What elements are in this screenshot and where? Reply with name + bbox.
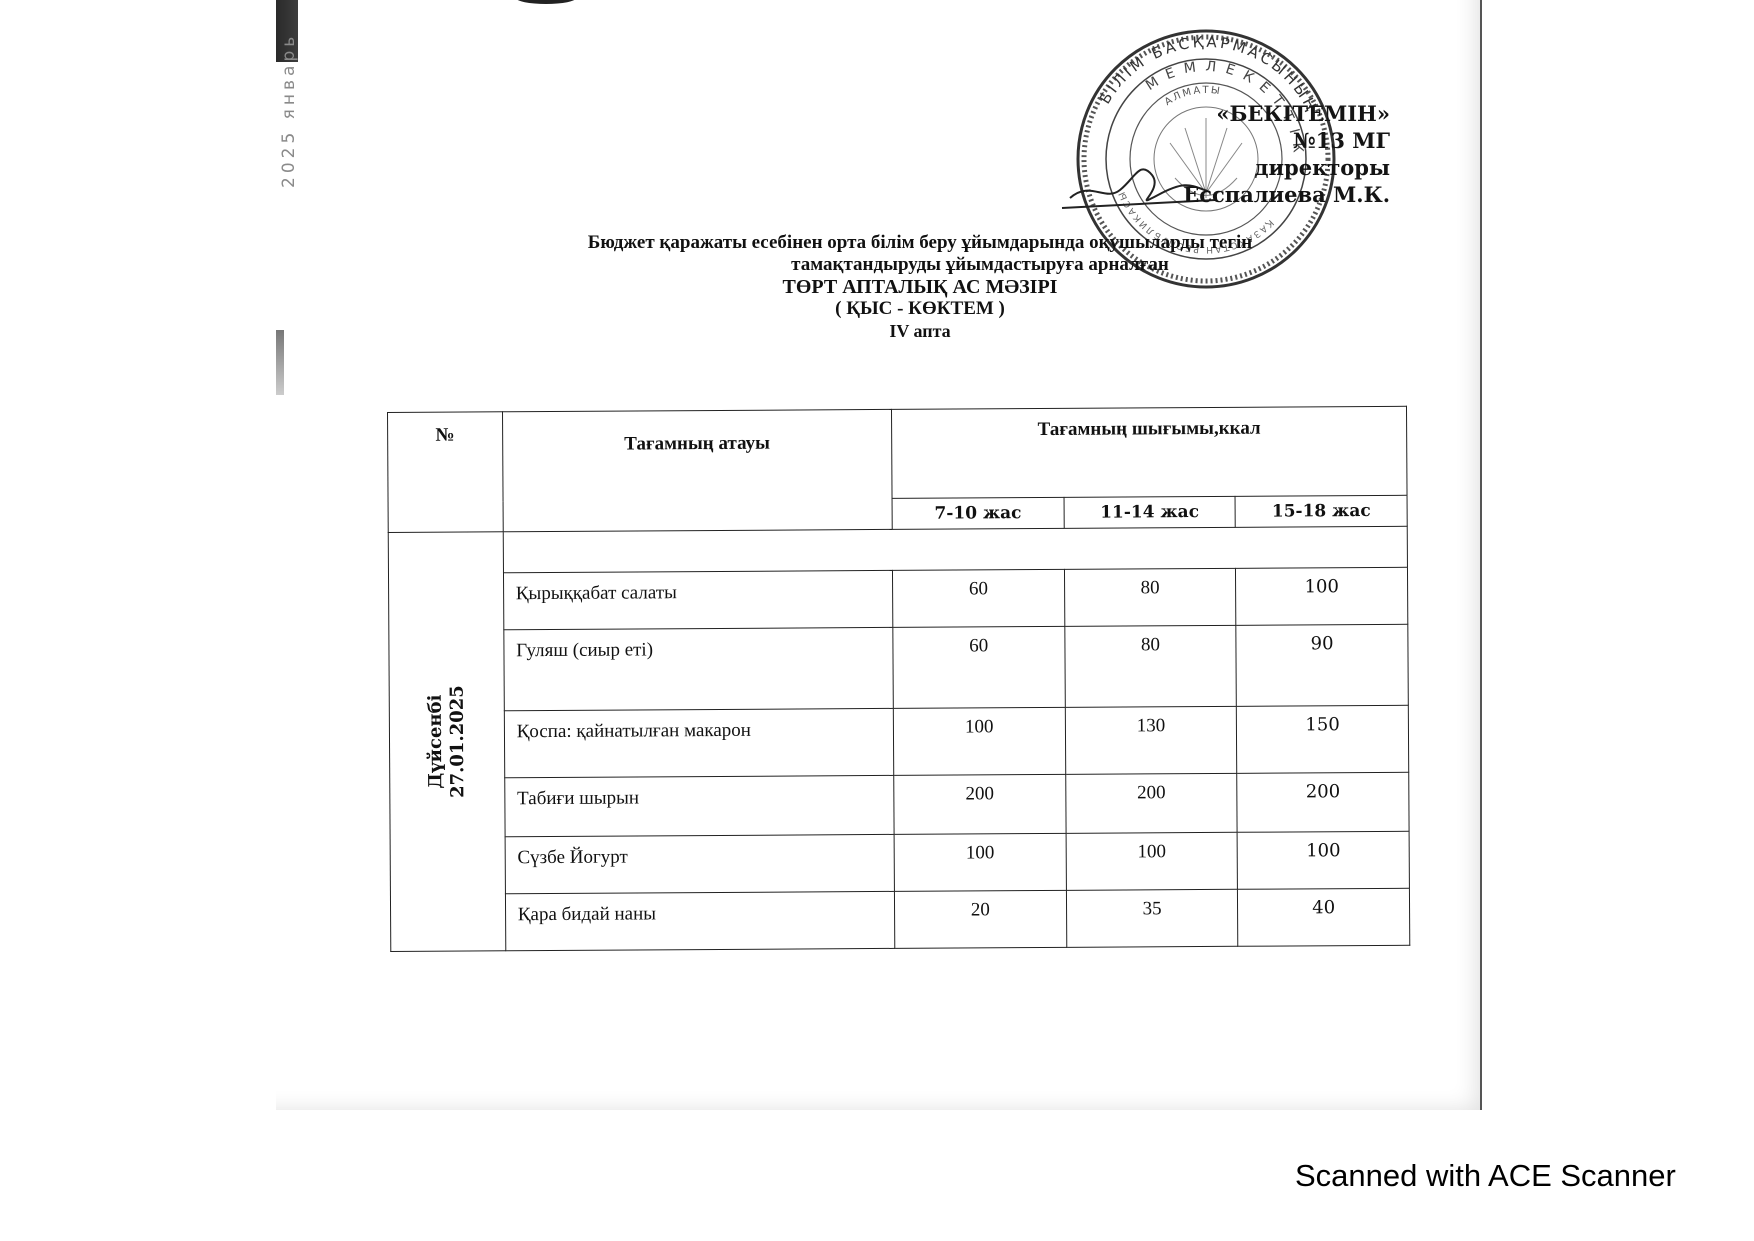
day-date: 27.01.2025 (447, 685, 470, 798)
header-age-7-10: 7-10 жас (892, 497, 1064, 529)
yield-7-10: 100 (893, 707, 1065, 775)
yield-11-14: 130 (1065, 706, 1237, 774)
yield-7-10: 20 (894, 890, 1066, 948)
dish-name: Сүзбе Йогурт (505, 834, 895, 893)
handwritten-note: 2025 январь (278, 68, 300, 188)
yield-11-14: 35 (1066, 889, 1238, 947)
table-row: Сүзбе Йогурт 100 100 100 (390, 831, 1409, 894)
table-row: Табиғи шырын 200 200 200 (390, 772, 1409, 837)
yield-7-10: 200 (894, 774, 1066, 834)
yield-15-18: 90 (1236, 624, 1408, 706)
dish-name: Қоспа: қайнатылған макарон (504, 708, 894, 777)
approval-name: Есспалиева М.К. (1160, 181, 1390, 208)
yield-11-14: 200 (1065, 773, 1237, 833)
yield-11-14: 80 (1064, 625, 1236, 707)
approval-block: «БЕКІТЕМІН» №13 МГ директоры Есспалиева … (1160, 100, 1390, 208)
table-row: Қара бидай наны 20 35 40 (390, 888, 1409, 951)
day-cell: Дүйсенбі 27.01.2025 (388, 532, 505, 952)
title-line-1: Бюджет қаражаты есебінен орта білім беру… (480, 232, 1360, 254)
header-dish-name: Тағамның атауы (502, 409, 892, 531)
header-age-11-14: 11-14 жас (1064, 496, 1236, 528)
table-row: Қоспа: қайнатылған макарон 100 130 150 (389, 705, 1408, 778)
title-line-2: тамақтандыруды ұйымдастыруға арналған (480, 254, 1360, 276)
header-yield: Тағамның шығымы,ккал (891, 406, 1407, 498)
title-season: ( ҚЫС - КӨКТЕМ ) (480, 298, 1360, 320)
dish-name: Қырыққабат салаты (503, 570, 893, 629)
approval-position: №13 МГ директоры (1160, 127, 1390, 181)
yield-11-14: 100 (1066, 832, 1238, 890)
header-number: № (388, 412, 503, 533)
yield-15-18: 100 (1236, 567, 1408, 625)
blank-meal-row (503, 526, 1407, 573)
yield-7-10: 60 (892, 569, 1064, 627)
title-week: IV апта (480, 320, 1360, 342)
table-row: Гуляш (сиыр еті) 60 80 90 (389, 624, 1408, 711)
scan-edge-shadow-lower (276, 330, 284, 395)
document-title-block: Бюджет қаражаты есебінен орта білім беру… (480, 232, 1360, 342)
menu-table: № Тағамның атауы Тағамның шығымы,ккал 7-… (387, 406, 1410, 952)
yield-7-10: 60 (893, 626, 1065, 708)
dish-name: Гуляш (сиыр еті) (504, 627, 894, 710)
day-weekday: Дүйсенбі (425, 685, 448, 798)
scanner-watermark: Scanned with ACE Scanner (1295, 1158, 1676, 1194)
yield-15-18: 150 (1237, 705, 1409, 773)
yield-15-18: 100 (1237, 831, 1409, 889)
title-main: ТӨРТ АПТАЛЫҚ АС МӘЗІРІ (480, 276, 1360, 298)
yield-7-10: 100 (894, 833, 1066, 891)
dish-name: Табиғи шырын (504, 775, 894, 836)
yield-15-18: 40 (1238, 888, 1410, 946)
dish-name: Қара бидай наны (505, 891, 895, 950)
yield-15-18: 200 (1237, 772, 1409, 832)
approval-title: «БЕКІТЕМІН» (1160, 100, 1390, 127)
day-label: Дүйсенбі 27.01.2025 (425, 685, 470, 798)
table-row: Қырыққабат салаты 60 80 100 (388, 567, 1407, 630)
yield-11-14: 80 (1064, 568, 1236, 626)
scan-smudge (516, 0, 576, 4)
header-age-15-18: 15-18 жас (1235, 495, 1407, 527)
